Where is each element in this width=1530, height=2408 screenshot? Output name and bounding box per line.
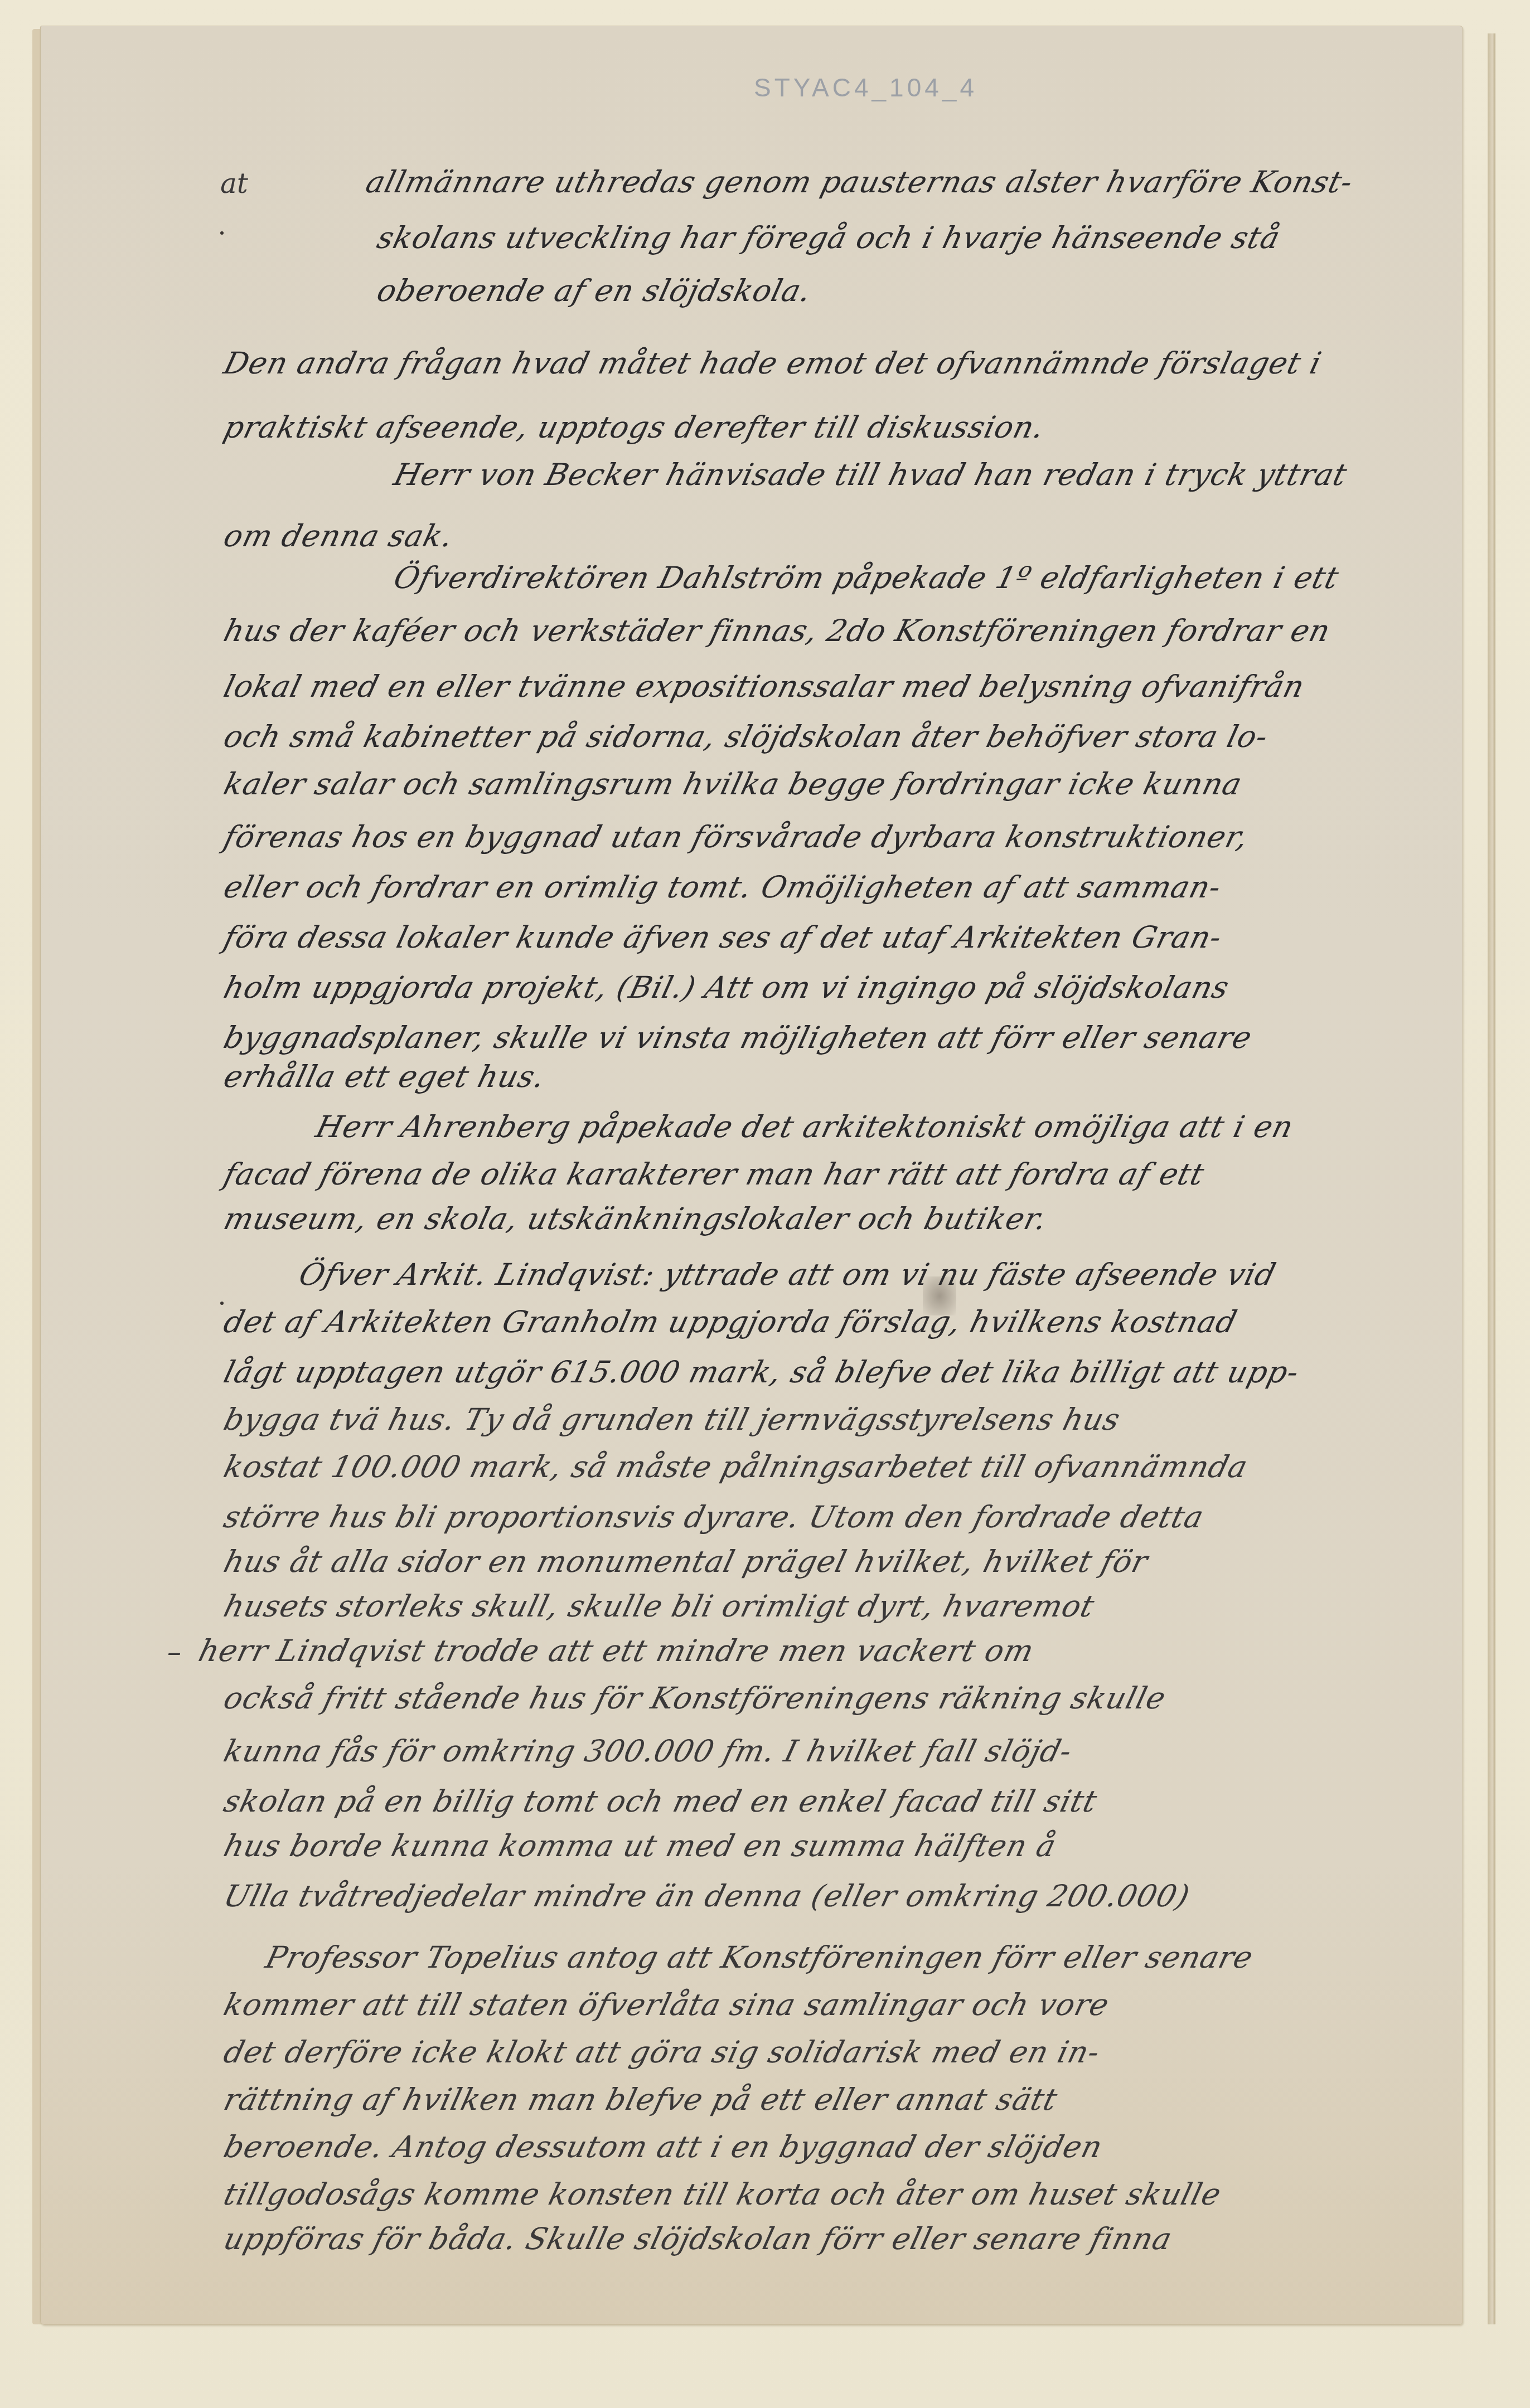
text-line: skolans utveckling har föregå och i hvar…	[374, 220, 1284, 255]
text-line: tillgodosågs komme konsten till korta oc…	[220, 2177, 1225, 2212]
text-line: herr Lindqvist trodde att ett mindre men…	[195, 1633, 1038, 1668]
text-line: kostat 100.000 mark, så måste pålningsar…	[220, 1449, 1252, 1484]
text-line: allmännare uthredas genom pausternas als…	[362, 164, 1357, 200]
text-line: om denna sak.	[220, 518, 457, 554]
text-line: Öfverdirektören Dahlström påpekade 1º el…	[390, 560, 1343, 595]
margin-mark: –	[167, 1636, 181, 1668]
text-line: bygga tvä hus. Ty då grunden till jernvä…	[220, 1402, 1124, 1437]
ink-dot	[220, 231, 224, 235]
text-line: det derföre icke klokt att göra sig soli…	[220, 2035, 1103, 2070]
text-line: Herr von Becker hänvisade till hvad han …	[390, 457, 1351, 492]
margin-mark: at	[220, 167, 248, 200]
binding-edge	[1488, 33, 1495, 2324]
text-line: eller och fordrar en orimlig tomt. Omöjl…	[220, 870, 1225, 905]
text-line: Herr Ahrenberg påpekade det arkitektonis…	[312, 1109, 1297, 1144]
text-line: museum, en skola, utskänkningslokaler oc…	[220, 1201, 1051, 1236]
text-line: lågt upptagen utgör 615.000 mark, så ble…	[220, 1355, 1303, 1390]
text-line: det af Arkitekten Granholm uppgjorda för…	[220, 1304, 1241, 1339]
text-line: Professor Topelius antog att Konstföreni…	[262, 1940, 1257, 1975]
text-line: Den andra frågan hvad måtet hade emot de…	[220, 346, 1325, 381]
text-line: också fritt stående hus för Konstförenin…	[220, 1681, 1170, 1716]
text-line: erhålla ett eget hus.	[220, 1059, 549, 1094]
text-line: Öfver Arkit. Lindqvist: yttrade att om v…	[296, 1257, 1280, 1292]
text-line: kunna fås för omkring 300.000 fm. I hvil…	[220, 1734, 1076, 1769]
text-line: och små kabinetter på sidorna, slöjdskol…	[220, 719, 1272, 754]
text-line: husets storleks skull, skulle bli orimli…	[220, 1589, 1098, 1624]
text-line: lokal med en eller tvänne expositionssal…	[220, 669, 1308, 704]
text-line: kaler salar och samlingsrum hvilka begge…	[220, 766, 1246, 802]
text-line: förenas hos en byggnad utan försvårade d…	[220, 819, 1252, 855]
text-line: beroende. Antog dessutom att i en byggna…	[220, 2129, 1106, 2164]
text-line: skolan på en billig tomt och med en enke…	[220, 1784, 1101, 1819]
text-line: kommer att till staten öfverlåta sina sa…	[220, 1987, 1113, 2022]
text-line: uppföras för båda. Skulle slöjdskolan fö…	[220, 2221, 1176, 2256]
text-line: praktiskt afseende, upptogs derefter til…	[220, 410, 1048, 445]
text-line: hus der kaféer och verkstäder finnas, 2d…	[220, 613, 1334, 648]
text-line: facad förena de olika karakterer man har…	[220, 1157, 1208, 1192]
text-line: föra dessa lokaler kunde äfven ses af de…	[220, 920, 1226, 955]
text-line: större hus bli proportionsvis dyrare. Ut…	[220, 1499, 1208, 1535]
text-line: hus borde kunna komma ut med en summa hä…	[220, 1828, 1060, 1863]
text-line: byggnadsplaner, skulle vi vinsta möjligh…	[220, 1020, 1256, 1055]
text-line: hus åt alla sidor en monumental prägel h…	[220, 1544, 1152, 1579]
archive-label: STYAC4_104_4	[754, 72, 977, 103]
text-line: oberoende af en slöjdskola.	[374, 273, 815, 308]
text-line: rättning af hvilken man blefve på ett el…	[220, 2082, 1061, 2117]
text-line: holm uppgjorda projekt, (Bil.) Att om vi…	[220, 970, 1233, 1005]
text-line: Ulla tvåtredjedelar mindre än denna (ell…	[220, 1878, 1193, 1914]
ink-dot	[220, 1302, 224, 1305]
